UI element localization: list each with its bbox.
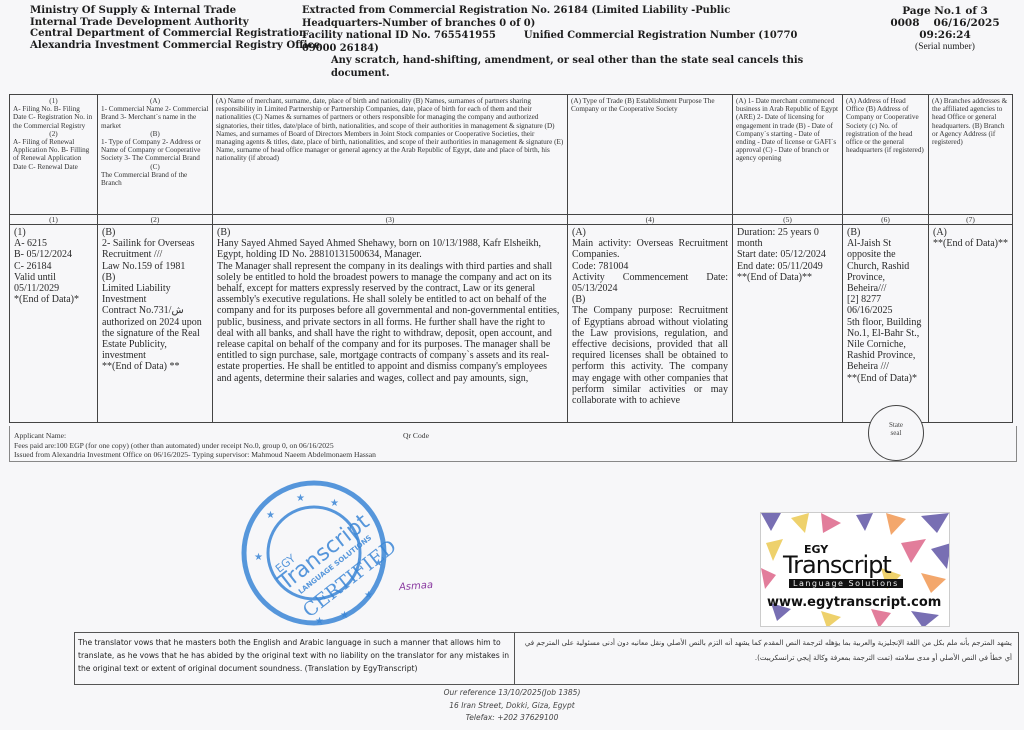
- state-seal: State seal: [868, 405, 924, 461]
- logo-url: www.egytranscript.com: [767, 595, 941, 610]
- address-cell: (B) Al-Jaish St opposite the Church, Ras…: [843, 225, 929, 423]
- section-label: (A): [101, 97, 209, 105]
- column-number-row: (1) (2) (3) (4) (5) (6) (7): [10, 215, 1013, 225]
- cell-line: (B): [102, 272, 208, 283]
- law-reference: Law No.159 of 1981: [102, 261, 208, 272]
- field-label: (A) Name of merchant, surname, date, pla…: [216, 97, 411, 105]
- end-of-data: **(End of Data)**: [737, 272, 838, 283]
- facility-id: Facility national ID No. 765541955: [302, 30, 496, 41]
- valid-until-date: 05/11/2029: [14, 283, 93, 294]
- section-label: (2): [13, 130, 94, 138]
- header-cell-5: (A) 1- Date merchant commenced business …: [733, 95, 843, 215]
- logo-subtitle: Language Solutions: [789, 579, 903, 588]
- header-cell-6: (A) Address of Head Office (B) Address o…: [843, 95, 929, 215]
- field-label: (C) Names & surnames of partners or othe…: [216, 113, 543, 129]
- page-info: Page No.1 of 3 000806/16/2025 09:26:24 (…: [880, 5, 1010, 53]
- registration-table: (1) A- Filing No. B- Filing Date C- Regi…: [9, 94, 1013, 423]
- field-label: (A) Type of Trade: [571, 97, 623, 105]
- column-number: (1): [10, 215, 98, 225]
- header-cell-2: (A) 1- Commercial Name 2- Commercial Bra…: [98, 95, 213, 215]
- company-address: 5th floor, Building No.1, El-Bahr St., N…: [847, 317, 924, 373]
- svg-text:★: ★: [254, 552, 263, 563]
- activity-code: Code: 781004: [572, 261, 728, 272]
- field-label: C- Renewal Date: [28, 163, 78, 171]
- branches-cell: (A) **(End of Data)**: [929, 225, 1013, 423]
- section-label: (B): [101, 130, 209, 138]
- applicant-name-label: Applicant Name:: [14, 431, 1012, 441]
- authority-line: Ministry Of Supply & Internal Trade: [30, 5, 320, 17]
- svg-text:★: ★: [266, 510, 275, 521]
- company-name: 2- Sailink for Overseas Recruitment ///: [102, 238, 208, 260]
- company-name-cell: (B) 2- Sailink for Overseas Recruitment …: [98, 225, 213, 423]
- cell-line: (B): [102, 227, 208, 238]
- column-number: (2): [98, 215, 213, 225]
- egytranscript-logo-sticker: EGY Transcript Language Solutions www.eg…: [760, 512, 950, 627]
- field-label: A- Filing No.: [13, 105, 52, 113]
- serial-date-row: 000806/16/2025: [880, 17, 1010, 29]
- manager-cell: (B) Hany Sayed Ahmed Sayed Ahmed Shehawy…: [213, 225, 568, 423]
- header-cell-7: (A) Branches addresses & the affiliated …: [929, 95, 1013, 215]
- activity-commencement: Activity Commencement Date: 05/13/2024: [572, 272, 728, 294]
- cell-line: (A): [933, 227, 1008, 238]
- main-activity: Main activity: Overseas Recruitment Comp…: [572, 238, 728, 260]
- end-date: End date: 05/11/2049: [737, 261, 838, 272]
- header-cell-4: (A) Type of Trade (B) Establishment Purp…: [568, 95, 733, 215]
- company-purpose: The Company purpose: Recruitment of Egyp…: [572, 305, 728, 406]
- translator-vow-box: The translator vows that he masters both…: [74, 632, 1019, 685]
- field-label: 1- Commercial Name: [101, 105, 163, 113]
- translator-signature: Asmaa: [399, 580, 434, 593]
- extract-line: Extracted from Commercial Registration N…: [302, 5, 807, 30]
- column-number: (5): [733, 215, 843, 225]
- certified-stamp: ★ ★ ★ ★ ★ ★ ★ ★ EGY Transcript LANGUAGE …: [236, 478, 396, 628]
- authority-line: Central Department of Commercial Registr…: [30, 28, 320, 40]
- issue-time: 09:26:24: [880, 29, 1010, 41]
- address-date: 06/16/2025: [847, 305, 924, 316]
- id-line: Facility national ID No. 765541955Unifie…: [302, 30, 807, 55]
- svg-text:★: ★: [340, 610, 349, 621]
- section-label: (C): [101, 163, 209, 171]
- cell-line: (1): [14, 227, 93, 238]
- serial-label: (Serial number): [880, 41, 1010, 53]
- issuing-authority: Ministry Of Supply & Internal Trade Inte…: [30, 5, 320, 51]
- issue-date: 06/16/2025: [934, 17, 1000, 29]
- start-date: Start date: 05/12/2024: [737, 249, 838, 260]
- svg-text:★: ★: [296, 493, 305, 504]
- company-type: Limited Liability Investment: [102, 283, 208, 305]
- cell-line: authorized on 2024 upon the signature of…: [102, 317, 208, 362]
- agency-address: 16 Iran Street, Dokki, Giza, Egypt: [400, 700, 624, 713]
- cell-line: (B): [572, 294, 728, 305]
- page-number: Page No.1 of 3: [880, 5, 1010, 17]
- svg-text:★: ★: [364, 590, 373, 601]
- cell-line: (B): [217, 227, 563, 238]
- state-seal-label: State seal: [884, 421, 908, 437]
- end-of-data: **(End of Data)*: [847, 373, 924, 384]
- manager-identity: Hany Sayed Ahmed Sayed Ahmed Shehawy, bo…: [217, 238, 563, 260]
- column-number: (3): [213, 215, 568, 225]
- column-number: (7): [929, 215, 1013, 225]
- issued-line: Issued from Alexandria Investment Office…: [14, 450, 1012, 460]
- stamp-icon: ★ ★ ★ ★ ★ ★ ★ ★ EGY Transcript LANGUAGE …: [236, 478, 396, 628]
- registration-number: C- 26184: [14, 261, 93, 272]
- field-label: 3- The Commercial Brand: [124, 154, 200, 162]
- serial-code: 0008: [890, 17, 919, 29]
- scratch-notice: Any scratch, hand-shifting, amendment, o…: [302, 55, 807, 80]
- registration-ref: [2] 8277: [847, 294, 924, 305]
- table-header-row: (1) A- Filing No. B- Filing Date C- Regi…: [10, 95, 1013, 215]
- field-label: 1- Type of Company: [101, 138, 160, 146]
- svg-text:★: ★: [330, 498, 339, 509]
- head-office-address: Al-Jaish St opposite the Church, Rashid …: [847, 238, 924, 294]
- section-label: (1): [13, 97, 94, 105]
- vow-english: The translator vows that he masters both…: [75, 633, 515, 684]
- duration: Duration: 25 years 0 month: [737, 227, 838, 249]
- cell-line: (B): [847, 227, 924, 238]
- header-cell-3: (A) Name of merchant, surname, date, pla…: [213, 95, 568, 215]
- cell-line: Valid until: [14, 272, 93, 283]
- end-of-data: **(End of Data)**: [933, 238, 1008, 249]
- registration-header: Extracted from Commercial Registration N…: [302, 5, 807, 80]
- fees-footer: Applicant Name: Qr Code Fees paid are:10…: [9, 426, 1017, 462]
- agency-references: Our reference 13/10/2025(Job 1385) 16 Ir…: [400, 687, 624, 725]
- filing-data-cell: (1) A- 6215 B- 05/12/2024 C- 26184 Valid…: [10, 225, 98, 423]
- contract-number: Contract No.731/ش: [102, 305, 208, 316]
- logo-brand: Transcript: [783, 551, 891, 579]
- fees-line: Fees paid are:100 EGP (for one copy) (ot…: [14, 441, 1012, 451]
- column-number: (4): [568, 215, 733, 225]
- filing-date: B- 05/12/2024: [14, 249, 93, 260]
- end-of-data: **(End of Data) **: [102, 361, 208, 372]
- vow-arabic: يشهد المترجم بأنه ملم بكل من اللغة الإنج…: [515, 633, 1018, 684]
- agency-telefax: Telefax: +202 37629100: [400, 712, 624, 725]
- manager-powers: The Manager shall represent the company …: [217, 261, 563, 384]
- field-label: The Commercial Brand of the Branch: [101, 171, 187, 187]
- column-number: (6): [843, 215, 929, 225]
- header-cell-1: (1) A- Filing No. B- Filing Date C- Regi…: [10, 95, 98, 215]
- our-reference: Our reference 13/10/2025(Job 1385): [400, 687, 624, 700]
- section-label: (A): [736, 97, 746, 105]
- authority-line: Alexandria Investment Commercial Registr…: [30, 40, 320, 52]
- duration-cell: Duration: 25 years 0 month Start date: 0…: [733, 225, 843, 423]
- end-of-data: *(End of Data)*: [14, 294, 93, 305]
- filing-number: A- 6215: [14, 238, 93, 249]
- cell-line: (A): [572, 227, 728, 238]
- trade-cell: (A) Main activity: Overseas Recruitment …: [568, 225, 733, 423]
- qr-code-label: Qr Code: [403, 431, 429, 441]
- table-data-row: (1) A- 6215 B- 05/12/2024 C- 26184 Valid…: [10, 225, 1013, 423]
